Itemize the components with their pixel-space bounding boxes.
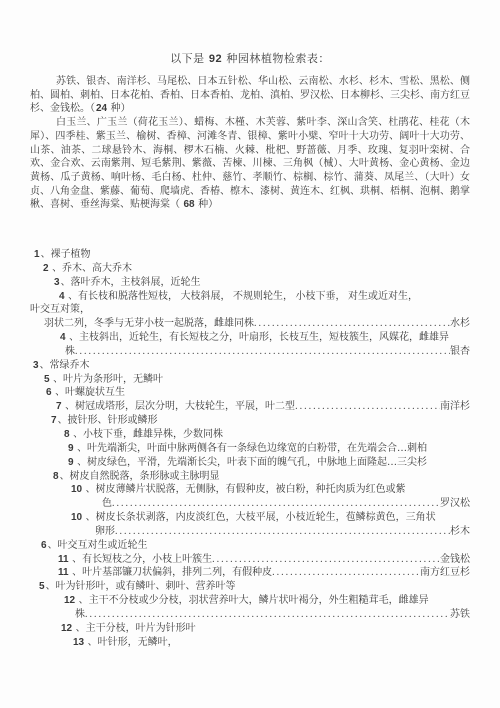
key-line: 2 、乔木、高大乔木: [42, 262, 470, 276]
key-line-text: 10 、树皮长条状剥落，内皮淡红色，大枝平展，小枝近轮生，苞鳞棕黄色，三角状: [70, 511, 436, 525]
key-line: 色 ......................................…: [102, 497, 470, 511]
page-title: 以下是 92 种园林植物检索表：: [30, 50, 470, 66]
key-line: 7 、树冠成塔形，层次分明，大枝轮生，平展，叶二型 ..............…: [55, 400, 470, 414]
dotted-leader: ........................................…: [115, 525, 450, 539]
key-line-text: 3、落叶乔木，主枝斜展，近轮生: [53, 276, 201, 290]
key-result-species: 苏铁: [450, 608, 470, 622]
key-line-text: 8 、小枝下垂，雌雄异株，少数同株: [63, 428, 223, 442]
key-line-text: 8、树皮自然脱落，条形脉或主脉明显: [52, 470, 220, 484]
key-line: 4 、主枝斜出，近轮生，有长短枝之分，叶扇形，长枝互生，短枝簇生，风媒花，雌雄异: [59, 331, 470, 345]
plant-list-paragraph: 苏铁、银杏、南洋杉、马尾松、日本五针松、华山松、云南松、水杉、杉木、雪松、黑松、…: [30, 75, 470, 116]
key-line-text: 11 、叶片基部镰刀状偏斜，排列二列，有假种皮: [57, 566, 272, 580]
key-line-text: 2 、乔木、高大乔木: [42, 262, 132, 276]
key-line-text: 色: [102, 497, 112, 511]
key-line: 10 、树皮薄鳞片状脱落，无侧脉，有假种皮，被白粉，种托肉质为红色或紫: [70, 483, 470, 497]
key-line-text: 叶交互对策，: [30, 303, 90, 317]
key-line-text: 4 、有长枝和脱落性短枝， 大枝斜展， 不规则轮生， 小枝下垂， 对生或近对生，: [58, 290, 418, 304]
key-line: 9 、树皮绿色，平滑，先端渐长尖，叶表下面的魄气孔，中脉地上面隆起…三尖杉: [67, 456, 470, 470]
identification-key: 1、裸子植物2 、乔木、高大乔木3、落叶乔木，主枝斜展，近轮生4 、有长枝和脱落…: [30, 248, 470, 649]
key-line-text: 6、叶交互对生或近轮生: [40, 539, 148, 553]
key-line: 3、落叶乔木，主枝斜展，近轮生: [53, 276, 470, 290]
key-line: 羽状二列，冬季与无芽小枝一起脱落，雌雄同株 ..................…: [44, 317, 470, 331]
key-result-species: 南洋杉: [440, 400, 470, 414]
key-line: 13 、叶针形，无鳞叶，: [72, 636, 470, 650]
key-line-text: 5 、叶片为条形叶，无鳞叶: [43, 373, 163, 387]
key-line-text: 7、披针形、针形或鳞形: [50, 414, 158, 428]
key-line: 6 、叶螺旋状互生: [45, 386, 470, 400]
key-result-species: 南方红豆杉: [420, 566, 470, 580]
key-result-species: 罗汉松: [440, 497, 470, 511]
key-line-text: 1、裸子植物: [33, 248, 91, 262]
key-line-text: 12 、主干分枝，叶片为针形叶: [60, 622, 196, 636]
key-line-text: 羽状二列，冬季与无芽小枝一起脱落，雌雄同株: [44, 317, 254, 331]
dotted-leader: ........................................…: [112, 497, 440, 511]
key-line-text: 9 、叶先端渐尖，叶面中脉两侧各有一条绿色边缘宽的白粉带，在先端会合…刺柏: [67, 442, 427, 456]
key-line: 株.......................................…: [65, 345, 470, 359]
key-line: 10 、树皮长条状剥落，内皮淡红色，大枝平展，小枝近轮生，苞鳞棕黄色，三角状: [70, 511, 470, 525]
key-line: 6、叶交互对生或近轮生: [40, 539, 470, 553]
key-line: 5 、叶片为条形叶，无鳞叶: [43, 373, 470, 387]
dotted-leader: ........................................…: [254, 317, 450, 331]
dotted-leader: ........................................…: [75, 345, 450, 359]
key-line: 12 、主干分枝，叶片为针形叶: [60, 622, 470, 636]
key-result-species: 银杏: [450, 345, 470, 359]
key-line-text: 卵形: [95, 525, 115, 539]
key-result-species: 杉木: [450, 525, 470, 539]
key-line-text: 株: [65, 345, 75, 359]
key-line: 叶交互对策，: [30, 303, 470, 317]
key-line-text: 9 、树皮绿色，平滑，先端渐长尖，叶表下面的魄气孔，中脉地上面隆起…三尖杉: [67, 456, 427, 470]
key-line: 7、披针形、针形或鳞形: [50, 414, 470, 428]
plant-list-paragraph: 白玉兰、广玉兰（荷花玉兰）、蜡梅、木槿、木芙蓉、紫叶李、深山含笑、杜鹃花、桂花（…: [30, 116, 470, 212]
key-line: 卵形 .....................................…: [95, 525, 470, 539]
key-line-text: 4 、主枝斜出，近轮生，有长短枝之分，叶扇形，长枝互生，短枝簇生，风媒花，雌雄异: [59, 331, 449, 345]
key-line-text: 13 、叶针形，无鳞叶，: [72, 636, 178, 650]
key-line-text: 6 、叶螺旋状互生: [45, 386, 125, 400]
key-line: 株 ......................................…: [75, 608, 470, 622]
dotted-leader: ........................................…: [212, 553, 440, 567]
key-line-text: 株: [75, 608, 85, 622]
key-line: 8 、小枝下垂，雌雄异株，少数同株: [63, 428, 470, 442]
key-line: 9 、叶先端渐尖，叶面中脉两侧各有一条绿色边缘宽的白粉带，在先端会合…刺柏: [67, 442, 470, 456]
key-line: 5、叶为针形叶，或有鳞叶、刺叶、营养叶等: [38, 580, 470, 594]
key-line-text: 3、常绿乔木: [32, 359, 90, 373]
key-line-text: 7 、树冠成塔形，层次分明，大枝轮生，平展，叶二型: [55, 400, 295, 414]
plant-list-paragraphs: 苏铁、银杏、南洋杉、马尾松、日本五针松、华山松、云南松、水杉、杉木、雪松、黑松、…: [30, 75, 470, 212]
key-result-species: 水杉: [450, 317, 470, 331]
dotted-leader: ........................................…: [295, 400, 440, 414]
dotted-leader: ........................................…: [272, 566, 420, 580]
key-line-text: 12 、主干不分枝或少分枝，羽状营养叶大，鳞片状叶褐分，外生粗糙茸毛，雌雄异: [63, 594, 429, 608]
key-line: 11 、有长短枝之分，小枝上叶簇生.......................…: [57, 553, 470, 567]
key-line: 1、裸子植物: [33, 248, 470, 262]
key-result-species: 金钱松: [440, 553, 470, 567]
key-line-text: 5、叶为针形叶，或有鳞叶、刺叶、营养叶等: [38, 580, 236, 594]
key-line: 3、常绿乔木: [32, 359, 470, 373]
document-page: 以下是 92 种园林植物检索表： 苏铁、银杏、南洋杉、马尾松、日本五针松、华山松…: [0, 0, 500, 708]
key-line: 4 、有长枝和脱落性短枝， 大枝斜展， 不规则轮生， 小枝下垂， 对生或近对生，: [58, 290, 470, 304]
key-line: 11 、叶片基部镰刀状偏斜，排列二列，有假种皮 ................…: [57, 566, 470, 580]
key-line: 8、树皮自然脱落，条形脉或主脉明显: [52, 470, 470, 484]
key-line-text: 11 、有长短枝之分，小枝上叶簇生: [57, 553, 212, 567]
key-line-text: 10 、树皮薄鳞片状脱落，无侧脉，有假种皮，被白粉，种托肉质为红色或紫: [70, 483, 406, 497]
key-line: 12 、主干不分枝或少分枝，羽状营养叶大，鳞片状叶褐分，外生粗糙茸毛，雌雄异: [63, 594, 470, 608]
dotted-leader: ........................................…: [85, 608, 450, 622]
